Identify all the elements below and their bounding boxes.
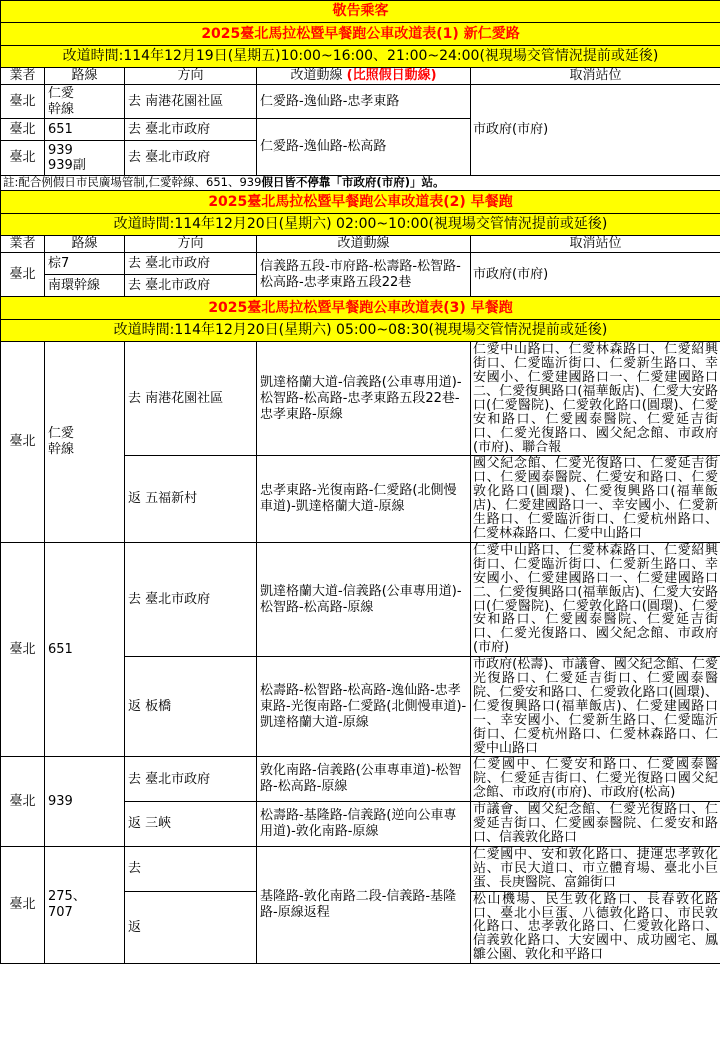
column-header-cancel: 取消站位 <box>471 68 720 85</box>
reroute-path-cell: 敦化南路-信義路(公車專車道)-松智路-松高路-原線 <box>257 757 471 802</box>
route-cell: 仁愛 幹線 <box>45 85 125 119</box>
route-cell: 939 <box>45 757 125 846</box>
route-cell: 仁愛 幹線 <box>45 342 125 543</box>
reroute-path-cell: 松壽路-基隆路-信義路(逆向公車專用道)-敦化南路-原線 <box>257 802 471 847</box>
column-header-path: 改道動線 <box>257 236 471 253</box>
column-header-direction: 方向 <box>125 236 257 253</box>
agency-cell: 臺北 <box>1 141 45 176</box>
direction-cell: 去 南港花園社區 <box>125 342 257 456</box>
route-cell: 651 <box>45 119 125 141</box>
cancelled-stops-cell: 仁愛中山路口、仁愛林森路口、仁愛紹興街口、仁愛臨沂街口、仁愛新生路口、幸安國小、… <box>471 542 720 656</box>
route-cell: 651 <box>45 542 125 757</box>
table-row: 臺北 651 去 臺北市政府 凱達格蘭大道-信義路(公車專用道)-松智路-松高路… <box>1 542 720 656</box>
reroute-path-cell: 基隆路-敦化南路二段-信義路-基隆路-原線返程 <box>257 846 471 963</box>
section1-footnote: 註:配合例假日市民廣場管制,仁愛幹線、651、939假日皆不停靠「市政府(市府)… <box>1 176 720 191</box>
reroute-path-cell: 仁愛路-逸仙路-松高路 <box>257 119 471 176</box>
direction-cell: 返 <box>125 891 257 964</box>
route-cell: 棕7 <box>45 253 125 275</box>
cancelled-stops-cell: 仁愛國中、仁愛安和路口、仁愛國泰醫院、仁愛延吉街口、仁愛光復路口國父紀念館、市政… <box>471 757 720 802</box>
section3-title: 2025臺北馬拉松暨早餐跑公車改道表(3) 早餐跑 <box>1 297 720 320</box>
reroute-path-cell: 忠孝東路-光復南路-仁愛路(北側慢車道)-凱達格蘭大道-原線 <box>257 456 471 542</box>
route-cell: 275、 707 <box>45 846 125 963</box>
column-header-cancel: 取消站位 <box>471 236 720 253</box>
agency-cell: 臺北 <box>1 85 45 119</box>
section1-title: 2025臺北馬拉松暨早餐跑公車改道表(1) 新仁愛路 <box>1 23 720 46</box>
direction-cell: 去 臺北市政府 <box>125 119 257 141</box>
agency-cell: 臺北 <box>1 757 45 846</box>
table-row: 改道時間:114年12月20日(星期六) 05:00~08:30(視現場交管情況… <box>1 320 720 342</box>
cancelled-stops-cell: 市政府(松壽)、市議會、國父紀念館、仁愛光復路口、仁愛延吉街口、仁愛國泰醫院、仁… <box>471 657 720 757</box>
section3-time: 改道時間:114年12月20日(星期六) 05:00~08:30(視現場交管情況… <box>1 320 720 342</box>
reroute-path-cell: 凱達格蘭大道-信義路(公車專用道)-松智路-松高路-原線 <box>257 542 471 656</box>
section2-time: 改道時間:114年12月20日(星期六) 02:00~10:00(視現場交管情況… <box>1 214 720 236</box>
table-row: 2025臺北馬拉松暨早餐跑公車改道表(3) 早餐跑 <box>1 297 720 320</box>
notice-banner: 敬告乘客 <box>1 1 720 23</box>
direction-cell: 去 南港花園社區 <box>125 85 257 119</box>
table-row: 2025臺北馬拉松暨早餐跑公車改道表(2) 早餐跑 <box>1 191 720 214</box>
footnote-text: 註:配合例假日市民廣場管制,仁愛幹線、651、939 <box>3 176 261 190</box>
agency-cell: 臺北 <box>1 253 45 297</box>
reroute-path-cell: 凱達格蘭大道-信義路(公車專用道)-松智路-松高路-忠孝東路五段22巷-忠孝東路… <box>257 342 471 456</box>
column-header-direction: 方向 <box>125 68 257 85</box>
section2-title: 2025臺北馬拉松暨早餐跑公車改道表(2) 早餐跑 <box>1 191 720 214</box>
direction-cell: 去 臺北市政府 <box>125 757 257 802</box>
table-row: 臺北 仁愛 幹線 去 南港花園社區 凱達格蘭大道-信義路(公車專用道)-松智路-… <box>1 342 720 456</box>
cancelled-stops-cell: 市政府(市府) <box>471 253 720 297</box>
direction-cell: 去 <box>125 846 257 891</box>
reroute-path-cell: 松壽路-松智路-松高路-逸仙路-忠孝東路-光復南路-仁愛路(北側慢車道)-凱達格… <box>257 657 471 757</box>
route-cell: 南環幹線 <box>45 275 125 297</box>
bus-reroute-notice-table: 敬告乘客 2025臺北馬拉松暨早餐跑公車改道表(1) 新仁愛路 改道時間:114… <box>0 0 720 964</box>
table-row: 業者 路線 方向 改道動線 取消站位 <box>1 236 720 253</box>
column-header-agency: 業者 <box>1 236 45 253</box>
cancelled-stops-cell: 市議會、國父紀念館、仁愛光復路口、仁愛延吉街口、仁愛國泰醫院、仁愛安和路口、信義… <box>471 802 720 847</box>
cancelled-stops-cell: 仁愛中山路口、仁愛林森路口、仁愛紹興街口、仁愛臨沂街口、仁愛新生路口、幸安國小、… <box>471 342 720 456</box>
agency-cell: 臺北 <box>1 542 45 757</box>
path-header-label: 改道動線 <box>290 68 342 83</box>
column-header-route: 路線 <box>45 68 125 85</box>
table-row: 改道時間:114年12月19日(星期五)10:00~16:00、21:00~24… <box>1 46 720 68</box>
cancelled-stops-cell: 市政府(市府) <box>471 85 720 176</box>
table-row: 臺北 275、 707 去 基隆路-敦化南路二段-信義路-基隆路-原線返程 仁愛… <box>1 846 720 891</box>
agency-cell: 臺北 <box>1 119 45 141</box>
footnote-bold-text: 假日皆不停靠「市政府(市府)」站。 <box>261 176 444 190</box>
direction-cell: 去 臺北市政府 <box>125 141 257 176</box>
path-header-note: (比照假日動線) <box>347 68 437 83</box>
table-row: 改道時間:114年12月20日(星期六) 02:00~10:00(視現場交管情況… <box>1 214 720 236</box>
section1-time: 改道時間:114年12月19日(星期五)10:00~16:00、21:00~24… <box>1 46 720 68</box>
cancelled-stops-cell: 仁愛國中、安和敦化路口、捷運忠孝敦化站、市民大道口、市立體育場、臺北小巨蛋、長庚… <box>471 846 720 891</box>
direction-cell: 去 臺北市政府 <box>125 275 257 297</box>
table-row: 2025臺北馬拉松暨早餐跑公車改道表(1) 新仁愛路 <box>1 23 720 46</box>
agency-cell: 臺北 <box>1 846 45 963</box>
direction-cell: 去 臺北市政府 <box>125 542 257 656</box>
column-header-agency: 業者 <box>1 68 45 85</box>
table-row: 敬告乘客 <box>1 1 720 23</box>
table-row: 註:配合例假日市民廣場管制,仁愛幹線、651、939假日皆不停靠「市政府(市府)… <box>1 176 720 191</box>
column-header-route: 路線 <box>45 236 125 253</box>
direction-cell: 去 臺北市政府 <box>125 253 257 275</box>
column-header-path: 改道動線 (比照假日動線) <box>257 68 471 85</box>
reroute-path-cell: 仁愛路-逸仙路-忠孝東路 <box>257 85 471 119</box>
route-cell: 939 939副 <box>45 141 125 176</box>
direction-cell: 返 五福新村 <box>125 456 257 542</box>
agency-cell: 臺北 <box>1 342 45 543</box>
cancelled-stops-cell: 松山機場、民生敦化路口、長春敦化路口、臺北小巨蛋、八德敦化路口、市民敦化路口、忠… <box>471 891 720 964</box>
reroute-path-cell: 信義路五段-市府路-松壽路-松智路-松高路-忠孝東路五段22巷 <box>257 253 471 297</box>
table-row: 臺北 939 去 臺北市政府 敦化南路-信義路(公車專車道)-松智路-松高路-原… <box>1 757 720 802</box>
table-row: 臺北 仁愛 幹線 去 南港花園社區 仁愛路-逸仙路-忠孝東路 市政府(市府) <box>1 85 720 119</box>
table-row: 臺北 棕7 去 臺北市政府 信義路五段-市府路-松壽路-松智路-松高路-忠孝東路… <box>1 253 720 275</box>
cancelled-stops-cell: 國父紀念館、仁愛光復路口、仁愛延吉街口、仁愛國泰醫院、仁愛安和路口、仁愛敦化路口… <box>471 456 720 542</box>
direction-cell: 返 三峽 <box>125 802 257 847</box>
table-row: 業者 路線 方向 改道動線 (比照假日動線) 取消站位 <box>1 68 720 85</box>
direction-cell: 返 板橋 <box>125 657 257 757</box>
